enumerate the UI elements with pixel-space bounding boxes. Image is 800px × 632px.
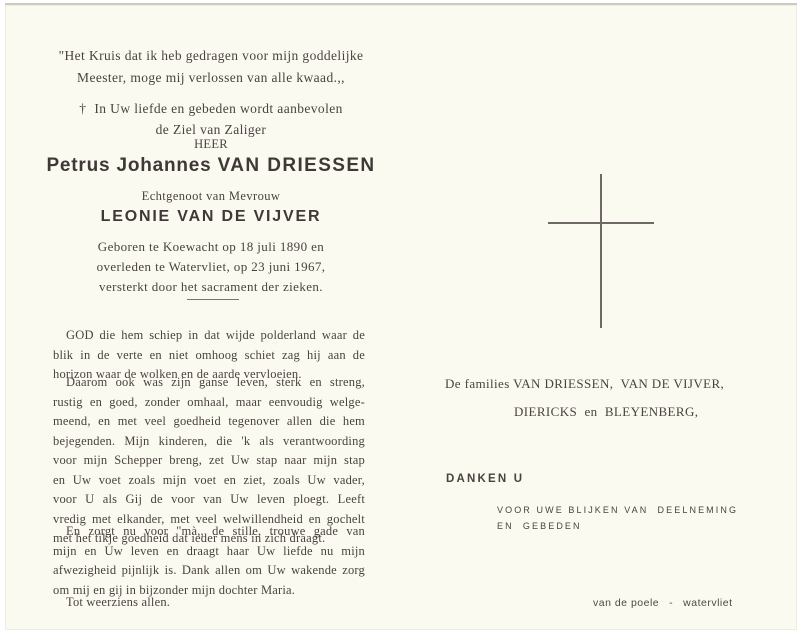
paragraph-line: Daarom ook was zijn ganse leven, sterk e… xyxy=(53,373,365,393)
quote-line-2: Meester, moge mij verlossen van alle kwa… xyxy=(5,67,417,89)
quote-line-1: "Het Kruis dat ik heb gedragen voor mijn… xyxy=(5,45,417,67)
dagger-icon: † xyxy=(79,101,86,116)
paragraph-4: Tot weerziens allen. xyxy=(53,593,365,613)
paragraph-line: voor U als Gij de voor van Uw leven ploe… xyxy=(53,490,365,510)
thanks-detail: VOOR UWE BLIJKEN VAN DEELNEMING EN GEBED… xyxy=(497,502,738,534)
separator-line xyxy=(187,299,239,300)
bio-line-2: overleden te Watervliet, op 23 juni 1967… xyxy=(5,257,417,277)
bio-line-1: Geboren te Koewacht op 18 juli 1890 en xyxy=(5,237,417,257)
paragraph-line: mijn en Uw leven en draagt haar Uw liefd… xyxy=(53,542,365,562)
paragraph-line: meend, en met veel goedheid tegenover al… xyxy=(53,412,365,432)
printer-name: van de poele xyxy=(593,597,659,609)
printer-place: watervliet xyxy=(683,597,732,609)
spouse-label: Echtgenoot van Mevrouw xyxy=(5,189,417,204)
thanks-detail-line-2: EN GEBEDEN xyxy=(497,518,738,534)
paragraph-line: En zorgt nu voor "mà,, de stille, trouwe… xyxy=(53,522,365,542)
dedication: †In Uw liefde en gebeden wordt aanbevole… xyxy=(5,98,417,140)
paragraph-line: GOD die hem schiep in dat wijde polderla… xyxy=(53,326,365,346)
deceased-name: Petrus Johannes VAN DRIESSEN xyxy=(5,155,417,177)
paragraph-line: afwezigheid pijnlijk is. Dank allen om U… xyxy=(53,561,365,581)
thanks-detail-line-1: VOOR UWE BLIJKEN VAN DEELNEMING xyxy=(497,502,738,518)
cross-horizontal-bar xyxy=(548,222,654,224)
deceased-given-names: Petrus Johannes xyxy=(46,155,211,176)
families-line-1: De families VAN DRIESSEN, VAN DE VIJVER, xyxy=(445,376,724,392)
cross-vertical-bar xyxy=(600,174,602,328)
deceased-surname: VAN DRIESSEN xyxy=(218,155,376,176)
paragraph-3: En zorgt nu voor "mà,, de stille, trouwe… xyxy=(53,522,365,600)
honorific-title: HEER xyxy=(5,137,417,152)
paragraph-line: en Uw voet zoals mijn voet en ziet, zoal… xyxy=(53,471,365,491)
bio-line-3: versterkt door het sacrament der zieken. xyxy=(5,277,417,297)
families-line-2: DIERICKS en BLEYENBERG, xyxy=(514,404,698,420)
paragraph-line: blik in de verte en niet omhoog schiet z… xyxy=(53,346,365,366)
memorial-card: "Het Kruis dat ik heb gedragen voor mijn… xyxy=(5,3,797,630)
paragraph-line: bejegenden. Mijn kinderen, die 'k als ve… xyxy=(53,432,365,452)
printer-imprint: van de poele-watervliet xyxy=(593,597,733,609)
paragraph-line: Tot weerziens allen. xyxy=(53,593,365,613)
paragraph-line: rustig en goed, zonder omhaal, maar eenv… xyxy=(53,393,365,413)
printer-separator: - xyxy=(669,597,673,609)
dedication-line-1: In Uw liefde en gebeden wordt aanbevolen xyxy=(94,101,342,116)
paragraph-line: voor mijn Schepper breng, zet Uw stap na… xyxy=(53,451,365,471)
opening-quote: "Het Kruis dat ik heb gedragen voor mijn… xyxy=(5,45,417,89)
thanks-heading: DANKEN U xyxy=(446,473,524,485)
biography: Geboren te Koewacht op 18 juli 1890 en o… xyxy=(5,237,417,297)
spouse-name: LEONIE VAN DE VIJVER xyxy=(5,208,417,226)
